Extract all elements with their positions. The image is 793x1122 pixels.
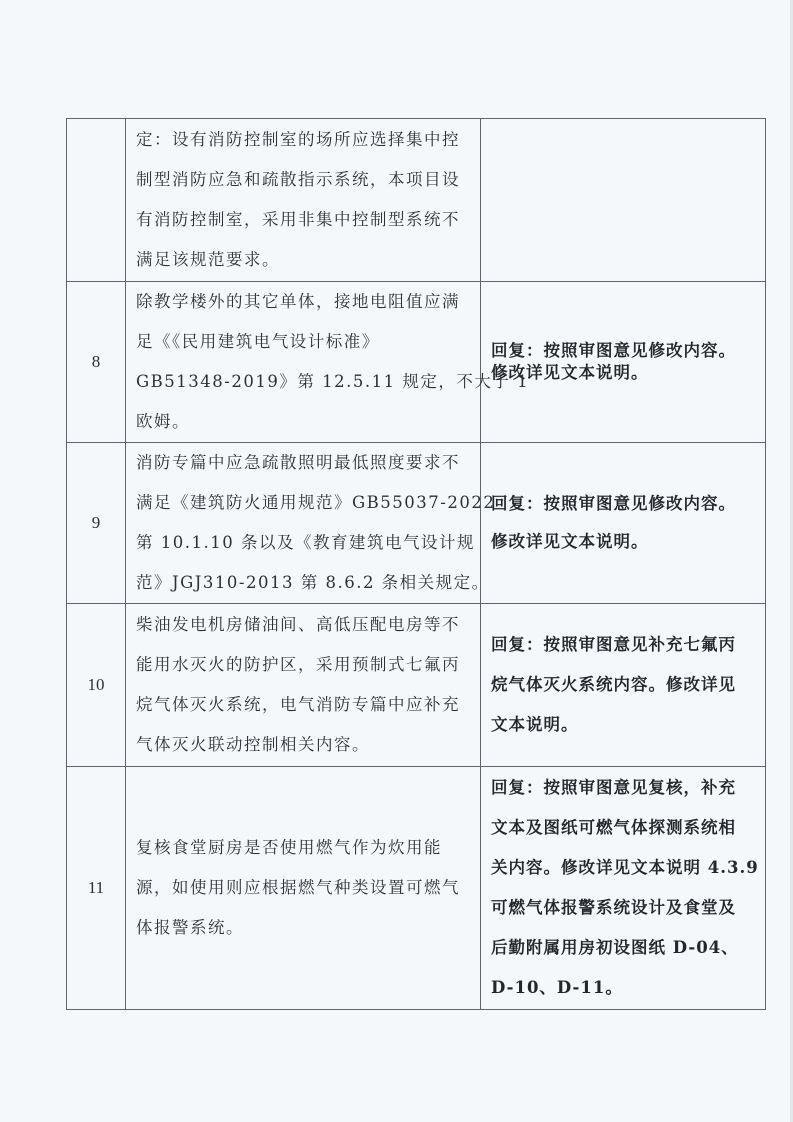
- reply-line: 文本说明。: [491, 705, 757, 745]
- reply-cell: 回复：按照审图意见修改内容。 修改详见文本说明。: [481, 443, 766, 604]
- reply-line: 回复：按照审图意见补充七氟丙: [491, 625, 757, 665]
- reply-line: 烷气体灭火系统内容。修改详见: [491, 665, 757, 705]
- comment-line: 能用水灭火的防护区，采用预制式七氟丙: [136, 645, 470, 685]
- comment-line: 有消防控制室，采用非集中控制型系统不: [136, 200, 470, 240]
- item-number: 8: [67, 282, 126, 443]
- comment-line: 气体灭火联动控制相关内容。: [136, 725, 470, 765]
- comment-line: 源，如使用则应根据燃气种类设置可燃气: [136, 868, 470, 908]
- review-comment: 消防专篇中应急疏散照明最低照度要求不 满足《建筑防火通用规范》GB55037-2…: [126, 443, 481, 604]
- item-number: [67, 119, 126, 282]
- comment-line: 足《《民用建筑电气设计标准》: [136, 322, 470, 362]
- comment-line: 除教学楼外的其它单体，接地电阻值应满: [136, 282, 470, 322]
- item-number: 11: [67, 767, 126, 1010]
- table-row: 8 除教学楼外的其它单体，接地电阻值应满 足《《民用建筑电气设计标准》 GB51…: [67, 282, 766, 443]
- table-row: 10 柴油发电机房储油间、高低压配电房等不 能用水灭火的防护区，采用预制式七氟丙…: [67, 604, 766, 767]
- comment-line: 定：设有消防控制室的场所应选择集中控: [136, 120, 470, 160]
- reply-line: 后勤附属用房初设图纸 D-04、: [491, 928, 757, 968]
- table-row: 定：设有消防控制室的场所应选择集中控 制型消防应急和疏散指示系统，本项目设 有消…: [67, 119, 766, 282]
- reply-line: D-10、D-11。: [491, 968, 757, 1008]
- reply-line: 回复：按照审图意见复核，补充: [491, 768, 757, 808]
- comment-line: 烷气体灭火系统，电气消防专篇中应补充: [136, 685, 470, 725]
- comment-line: 体报警系统。: [136, 908, 470, 948]
- reply-cell: 回复：按照审图意见补充七氟丙 烷气体灭火系统内容。修改详见 文本说明。: [481, 604, 766, 767]
- comment-line: GB51348-2019》第 12.5.11 规定，不大于 1: [136, 362, 470, 402]
- comment-line: 欧姆。: [136, 402, 470, 442]
- comment-line: 第 10.1.10 条以及《教育建筑电气设计规: [136, 523, 470, 563]
- reply-line: 回复：按照审图意见修改内容。: [491, 485, 757, 523]
- reply-cell: 回复：按照审图意见复核，补充 文本及图纸可燃气体探测系统相 关内容。修改详见文本…: [481, 767, 766, 1010]
- comment-line: 复核食堂厨房是否使用燃气作为炊用能: [136, 828, 470, 868]
- comment-line: 范》JGJ310-2013 第 8.6.2 条相关规定。: [136, 563, 470, 603]
- comment-line: 消防专篇中应急疏散照明最低照度要求不: [136, 443, 470, 483]
- review-comments-table: 定：设有消防控制室的场所应选择集中控 制型消防应急和疏散指示系统，本项目设 有消…: [66, 118, 766, 1010]
- comment-line: 满足该规范要求。: [136, 240, 470, 280]
- reply-line: 关内容。修改详见文本说明 4.3.9: [491, 848, 757, 888]
- comment-line: 制型消防应急和疏散指示系统，本项目设: [136, 160, 470, 200]
- reply-line: 修改详见文本说明。: [491, 362, 757, 384]
- reply-cell: 回复：按照审图意见修改内容。 修改详见文本说明。: [481, 282, 766, 443]
- table-row: 9 消防专篇中应急疏散照明最低照度要求不 满足《建筑防火通用规范》GB55037…: [67, 443, 766, 604]
- review-comment: 柴油发电机房储油间、高低压配电房等不 能用水灭火的防护区，采用预制式七氟丙 烷气…: [126, 604, 481, 767]
- comment-line: 满足《建筑防火通用规范》GB55037-2022: [136, 483, 470, 523]
- item-number: 10: [67, 604, 126, 767]
- comment-line: 柴油发电机房储油间、高低压配电房等不: [136, 605, 470, 645]
- table-row: 11 复核食堂厨房是否使用燃气作为炊用能 源，如使用则应根据燃气种类设置可燃气 …: [67, 767, 766, 1010]
- reply-line: 修改详见文本说明。: [491, 523, 757, 561]
- item-number: 9: [67, 443, 126, 604]
- review-comment: 复核食堂厨房是否使用燃气作为炊用能 源，如使用则应根据燃气种类设置可燃气 体报警…: [126, 767, 481, 1010]
- review-comment: 定：设有消防控制室的场所应选择集中控 制型消防应急和疏散指示系统，本项目设 有消…: [126, 119, 481, 282]
- reply-line: 回复：按照审图意见修改内容。: [491, 340, 757, 362]
- reply-line: 文本及图纸可燃气体探测系统相: [491, 808, 757, 848]
- reply-line: 可燃气体报警系统设计及食堂及: [491, 888, 757, 928]
- reply-cell: [481, 119, 766, 282]
- review-comment: 除教学楼外的其它单体，接地电阻值应满 足《《民用建筑电气设计标准》 GB5134…: [126, 282, 481, 443]
